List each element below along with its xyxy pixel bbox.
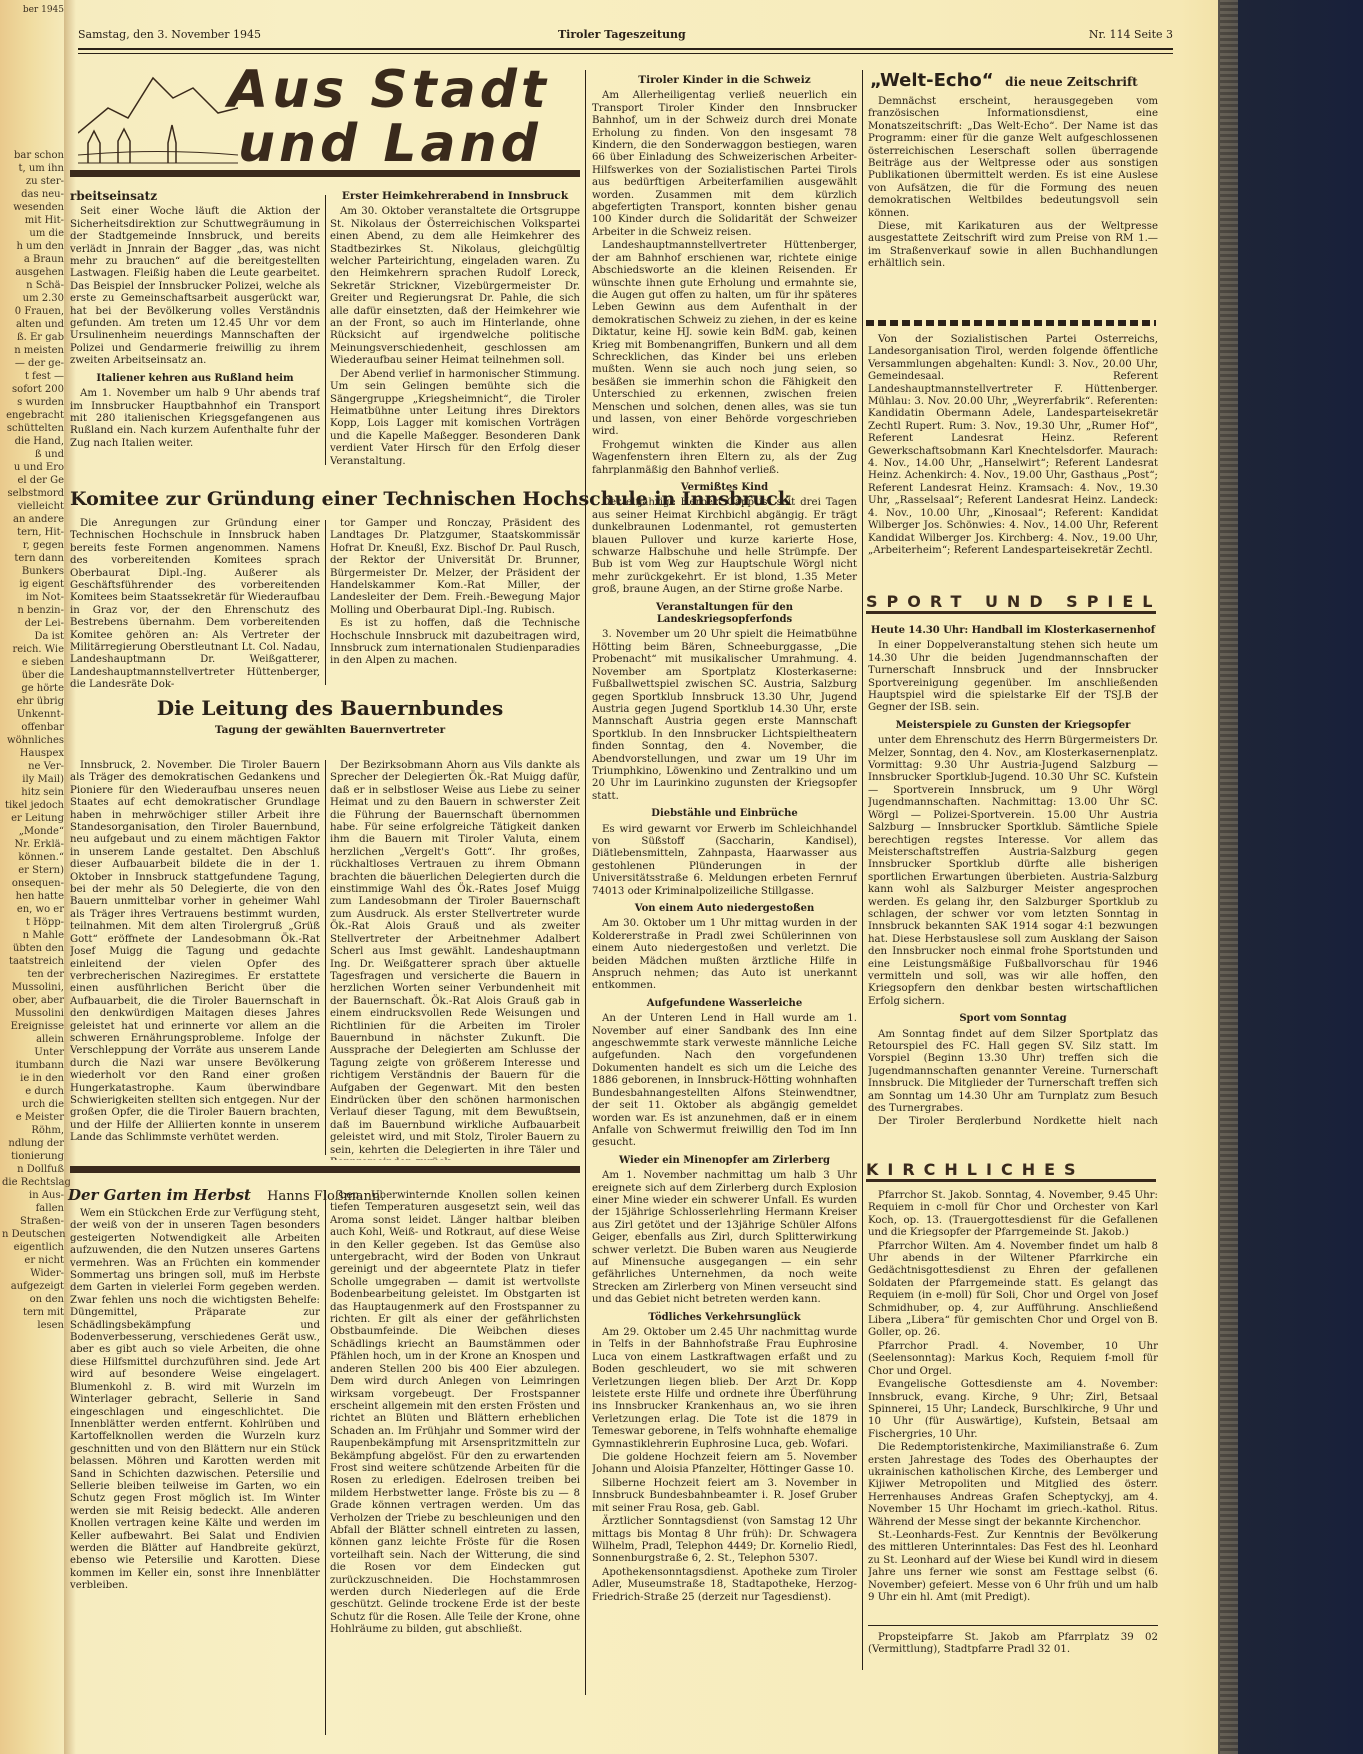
column-kirchliches: Pfarrchor St. Jakob. Sonntag, 4. Novembe… <box>868 1190 1158 1620</box>
prev-page-line: ge hörte <box>2 682 68 695</box>
article-body: Propsteipfarre St. Jakob am Pfarrplatz 3… <box>868 1632 1158 1657</box>
prev-page-line: können.“ <box>2 851 68 864</box>
article-headline: Diebstähle und Einbrüche <box>592 808 857 820</box>
book-binding <box>1218 0 1363 1754</box>
article-headline: Aufgefundene Wasserleiche <box>592 998 857 1010</box>
article-body: unter dem Ehrenschutz des Herrn Bürgerme… <box>868 735 1158 1008</box>
article-garten-left: Wem ein Stückchen Erde zur Verfügung ste… <box>70 1208 320 1748</box>
page-header: Samstag, den 3. November 1945 Tiroler Ta… <box>78 20 1173 50</box>
prev-page-line: e Meister <box>2 1111 68 1124</box>
article-body: Frohgemut winkten die Kinder aus allen W… <box>592 440 857 477</box>
article-body: Am 29. Oktober um 2.45 Uhr nachmittag wu… <box>592 1327 857 1451</box>
prev-page-date: ber 1945 <box>2 4 68 17</box>
prev-page-line: h um den <box>2 240 68 253</box>
prev-page-line: alten und <box>2 318 68 331</box>
prev-page-line: e durch <box>2 1085 68 1098</box>
prev-page-line: Unkennt- <box>2 708 68 721</box>
headline: Die Leitung des Bauernbundes <box>130 696 530 720</box>
article-body: Am 1. November um halb 9 Uhr abends traf… <box>70 388 320 450</box>
article-headline: Sport vom Sonntag <box>868 1013 1158 1025</box>
prev-page-line: fallen <box>2 1202 68 1215</box>
prev-page-line: aufgezeigt <box>2 1280 68 1293</box>
prev-page-line: tionierung <box>2 1150 68 1163</box>
prev-page-line: ehr übrig <box>2 695 68 708</box>
prev-page-line: er Stern) <box>2 864 68 877</box>
prev-page-line: Ereignisse <box>2 1020 68 1033</box>
article-body: Wem ein Stückchen Erde zur Verfügung ste… <box>70 1208 320 1593</box>
prev-page-line: ß. Er gab <box>2 331 68 344</box>
article-technik-left: Die Anregungen zur Gründung einer Techni… <box>70 518 320 688</box>
prev-page-line: um 2.30 <box>2 292 68 305</box>
prev-page-line: ne Ver- <box>2 760 68 773</box>
section-rule <box>70 1166 580 1173</box>
rule <box>868 1625 1158 1626</box>
column-divider <box>325 195 326 465</box>
column-sport: Heute 14.30 Uhr: Handball im Klosterkase… <box>868 620 1158 1125</box>
prev-page-line: en, wo er <box>2 903 68 916</box>
prev-page-line: im Not- <box>2 591 68 604</box>
article-body: Innsbruck, 2. November. Die Tiroler Baue… <box>70 760 320 1145</box>
binding-edge <box>1220 0 1238 1754</box>
article-body: Am Sonntag findet auf dem Silzer Sportpl… <box>868 1029 1158 1116</box>
prev-page-line: s wurden <box>2 396 68 409</box>
prev-page-line: Hauspex <box>2 747 68 760</box>
prev-page-line: Da ist <box>2 630 68 643</box>
article-body: ben. Überwinternde Knollen sollen keinen… <box>330 1190 580 1637</box>
prev-page-line: a Braun <box>2 253 68 266</box>
prev-page-line: hitz sein <box>2 786 68 799</box>
prev-page-line: wesenden <box>2 201 68 214</box>
ornamental-rule <box>866 320 1156 326</box>
article-body: Am Allerheiligentag verließ neuerlich ei… <box>592 90 857 239</box>
church-notice: Pfarrchor St. Jakob. Sonntag, 4. Novembe… <box>868 1190 1158 1240</box>
prev-page-line: der Lei- <box>2 617 68 630</box>
previous-page-fragment: ber 1945 bar schont, um ihnzu ster-das n… <box>0 0 70 1754</box>
masthead-line1: Aus Stadt <box>228 60 550 120</box>
headline-bauernbund: Die Leitung des Bauernbundes Tagung der … <box>130 696 530 736</box>
subheadline: Tagung der gewählten Bauernvertreter <box>130 724 530 736</box>
article-bauern-left: Innsbruck, 2. November. Die Tiroler Baue… <box>70 760 320 1160</box>
prev-page-line: on den <box>2 1293 68 1306</box>
article-body: Am 30. Oktober um 1 Uhr mittag wurden in… <box>592 918 857 992</box>
article-heimkehrerabend: Erster Heimkehrerabend in Innsbruck Am 3… <box>330 184 580 474</box>
church-notice: Evangelische Gottesdienste am 4. Novembe… <box>868 1379 1158 1441</box>
prev-page-line: allein <box>2 1033 68 1046</box>
prev-page-line: ß und <box>2 448 68 461</box>
article-body: Der elfjährige Herbert Gapp ist seit dre… <box>592 497 857 596</box>
section-title-sport: SPORT UND SPIEL <box>866 592 1156 614</box>
masthead-line2: und Land <box>238 114 542 174</box>
article-body: Der Abend verlief in harmonischer Stimmu… <box>330 369 580 468</box>
church-notice: Pfarrchor Pradl. 4. November, 10 Uhr (Se… <box>868 1341 1158 1378</box>
prev-page-line: t fest — <box>2 370 68 383</box>
prev-page-line: ndlung der <box>2 1137 68 1150</box>
article-body: Diese, mit Karikaturen aus der Weltpress… <box>868 221 1158 271</box>
prev-page-line: reich. Wie <box>2 643 68 656</box>
article-headline: rbeitseinsatz <box>70 190 320 202</box>
article-headline: Heute 14.30 Uhr: Handball im Klosterkase… <box>868 625 1158 637</box>
prev-page-line: Wider- <box>2 1267 68 1280</box>
article-body: Von der Sozialistischen Partei Österreic… <box>868 334 1158 557</box>
prev-page-line: Bunkers <box>2 565 68 578</box>
issue-date: Samstag, den 3. November 1945 <box>78 28 261 41</box>
article-technik-right: tor Gamper und Ronczay, Präsident des La… <box>330 518 580 688</box>
prev-page-line: n Deutschen <box>2 1228 68 1241</box>
section-masthead: Aus Stadt und Land <box>78 58 580 170</box>
column-divider <box>325 520 326 685</box>
prev-page-line: r, gegen <box>2 539 68 552</box>
prev-page-line: onsequen- <box>2 877 68 890</box>
church-notice: Pfarrchor Wilten. Am 4. November findet … <box>868 1241 1158 1340</box>
article-body: Es ist zu hoffen, daß die Technische Hoc… <box>330 618 580 668</box>
prev-page-line: hen hatte <box>2 890 68 903</box>
prev-page-line: die Rechtslage <box>2 1176 68 1189</box>
prev-page-line: in Aus- <box>2 1189 68 1202</box>
issue-number: Nr. 114 Seite 3 <box>1089 28 1173 41</box>
article-arbeitseinsatz: rbeitseinsatz Seit einer Woche läuft die… <box>70 184 320 474</box>
church-notice: St.-Leonhards-Fest. Zur Kenntnis der Bev… <box>868 1530 1158 1604</box>
prev-page-line: taatstreich <box>2 955 68 968</box>
prev-page-line: — der ge- <box>2 357 68 370</box>
column-divider <box>862 70 863 1670</box>
column-divider <box>325 760 326 1155</box>
prev-page-line: „Monde“ <box>2 825 68 838</box>
article-spoe-meetings: Von der Sozialistischen Partei Österreic… <box>868 334 1158 584</box>
masthead-rule <box>70 170 580 177</box>
prev-page-line: an andere <box>2 513 68 526</box>
prev-page-line: ily Mail) <box>2 773 68 786</box>
prev-page-line: offenbar <box>2 721 68 734</box>
article-subheadline: Italiener kehren aus Rußland heim <box>70 373 320 385</box>
prev-page-line: 0 Frauen, <box>2 305 68 318</box>
prev-page-line: u und Ero <box>2 461 68 474</box>
notice-silver-wedding: Silberne Hochzeit feiert am 3. November … <box>592 1478 857 1515</box>
prev-page-line: n benzin- <box>2 604 68 617</box>
prev-page-line: übten den <box>2 942 68 955</box>
column-local-news: Tiroler Kinder in die Schweiz Am Allerhe… <box>592 68 857 1713</box>
article-body: Der Bezirksobmann Ahorn aus Vils dankte … <box>330 760 580 1160</box>
headline-technische-hochschule: Komitee zur Gründung einer Technischen H… <box>70 488 580 510</box>
section-title-kirchliches: KIRCHLICHES <box>866 1160 1156 1182</box>
prev-page-line: Röhm, <box>2 1124 68 1137</box>
prev-page-line: e sieben <box>2 656 68 669</box>
newspaper-title: Tiroler Tageszeitung <box>558 28 686 41</box>
article-body: Seit einer Woche läuft die Aktion der Si… <box>70 206 320 367</box>
prev-page-line: lesen <box>2 1319 68 1332</box>
notice-pharmacy-duty: Apothekensonntagsdienst. Apotheke zum Ti… <box>592 1567 857 1604</box>
notice-parish-phones: Propsteipfarre St. Jakob am Pfarrplatz 3… <box>868 1632 1158 1672</box>
prev-page-line: n Dollfuß <box>2 1163 68 1176</box>
article-headline: Erster Heimkehrerabend in Innsbruck <box>330 190 580 202</box>
prev-page-line: über die <box>2 669 68 682</box>
article-body: tor Gamper und Ronczay, Präsident des La… <box>330 518 580 617</box>
article-bauern-right: Der Bezirksobmann Ahorn aus Vils dankte … <box>330 760 580 1160</box>
article-body: Es wird gewarnt vor Erwerb im Schleichha… <box>592 824 857 898</box>
article-welt-echo: Demnächst erscheint, herausgegeben vom f… <box>868 96 1158 318</box>
article-headline: Tödliches Verkehrsunglück <box>592 1312 857 1324</box>
prev-page-line: ie in den <box>2 1072 68 1085</box>
prev-page-line: schüttelten <box>2 422 68 435</box>
prev-page-line: Nr. Erklä- <box>2 838 68 851</box>
prev-page-line: tern dann <box>2 552 68 565</box>
headline: Der Garten im Herbst <box>68 1186 251 1204</box>
article-headline: Tiroler Kinder in die Schweiz <box>592 74 857 86</box>
article-body: Der Tiroler Berglerbund Nordkette hielt … <box>868 1116 1158 1125</box>
prev-page-line: tern mit <box>2 1306 68 1319</box>
article-garten-right: ben. Überwinternde Knollen sollen keinen… <box>330 1190 580 1745</box>
prev-page-line: t, um ihn <box>2 162 68 175</box>
article-body: Demnächst erscheint, herausgegeben vom f… <box>868 96 1158 220</box>
prev-page-line: Unter <box>2 1046 68 1059</box>
subheadline: die neue Zeitschrift <box>1005 75 1138 89</box>
prev-page-line: itumbann <box>2 1059 68 1072</box>
article-headline: Veranstaltungen für den Landeskriegsopfe… <box>592 602 857 627</box>
prev-page-line: n Schä- <box>2 279 68 292</box>
prev-page-line: n Mahle <box>2 929 68 942</box>
headline: „Welt-Echo“ <box>870 70 994 91</box>
notice-golden-wedding: Die goldene Hochzeit feiern am 5. Novemb… <box>592 1452 857 1477</box>
prev-page-line: er nicht <box>2 1254 68 1267</box>
prev-page-line: selbstmord <box>2 487 68 500</box>
prev-page-line: sofort 200 <box>2 383 68 396</box>
headline-welt-echo: „Welt-Echo“ die neue Zeitschrift <box>870 70 1170 91</box>
prev-page-line: urch die <box>2 1098 68 1111</box>
prev-page-line: tern, Hit- <box>2 526 68 539</box>
article-body: An der Unteren Lend in Hall wurde am 1. … <box>592 1013 857 1149</box>
innsbruck-skyline-illustration <box>78 63 238 173</box>
article-headline: Von einem Auto niedergestoßen <box>592 903 857 915</box>
prev-page-line: mit Hit- <box>2 214 68 227</box>
notice-doctor-duty: Ärztlicher Sonntagsdienst (von Samstag 1… <box>592 1516 857 1566</box>
headline-garten: Der Garten im Herbst Hanns Floßmann. <box>68 1186 318 1204</box>
prev-page-line: el der Ge <box>2 474 68 487</box>
prev-page-line: ig eigent <box>2 578 68 591</box>
prev-page-line: vielleicht <box>2 500 68 513</box>
prev-page-line: t Höpp- <box>2 916 68 929</box>
prev-page-line: ten der <box>2 968 68 981</box>
article-body: 3. November um 20 Uhr spielt die Heimatb… <box>592 629 857 803</box>
prev-page-line: um die <box>2 227 68 240</box>
article-body: Landeshauptmannstellvertreter Hüttenberg… <box>592 240 857 439</box>
article-headline: Wieder ein Minenopfer am Zirlerberg <box>592 1155 857 1167</box>
prev-page-line: Straßen- <box>2 1215 68 1228</box>
column-divider <box>325 1190 326 1735</box>
prev-page-line: zu ster- <box>2 175 68 188</box>
prev-page-line: n meisten <box>2 344 68 357</box>
header-rule <box>78 48 1173 54</box>
article-headline: Vermißtes Kind <box>592 482 857 494</box>
column-divider <box>585 70 586 1695</box>
prev-page-line: die Hand, <box>2 435 68 448</box>
article-body: In einer Doppelveranstaltung stehen sich… <box>868 640 1158 714</box>
prev-page-line: ober, aber <box>2 994 68 1007</box>
church-notice: Die Redemptoristenkirche, Maximilianstra… <box>868 1442 1158 1529</box>
prev-page-line: bar schon <box>2 149 68 162</box>
prev-page-line: Mussolini, <box>2 981 68 994</box>
prev-page-line: er Leitung <box>2 812 68 825</box>
article-headline: Meisterspiele zu Gunsten der Kriegsopfer <box>868 720 1158 732</box>
prev-page-line: engebracht <box>2 409 68 422</box>
article-body: Die Anregungen zur Gründung einer Techni… <box>70 518 320 688</box>
prev-page-line: eigentlich <box>2 1241 68 1254</box>
prev-page-line: das neu- <box>2 188 68 201</box>
prev-page-line: Mussolini <box>2 1007 68 1020</box>
article-body: Am 30. Oktober veranstaltete die Ortsgru… <box>330 206 580 367</box>
article-body: Am 1. November nachmittag um halb 3 Uhr … <box>592 1170 857 1306</box>
prev-page-line: ausgehen <box>2 266 68 279</box>
prev-page-line: tikel jedoch <box>2 799 68 812</box>
prev-page-line: wöhnliches <box>2 734 68 747</box>
